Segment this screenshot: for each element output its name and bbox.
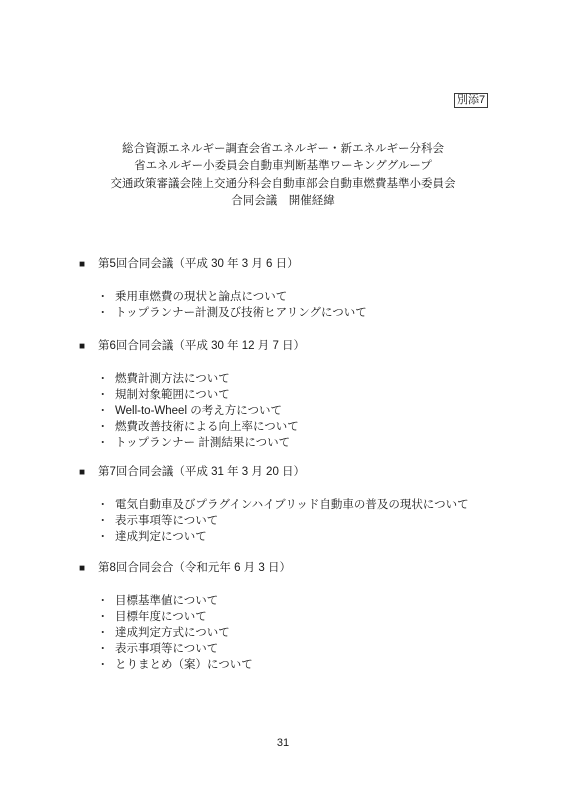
list-item: ･目標年度について <box>79 609 566 625</box>
document-title: 総合資源エネルギー調査会省エネルギー・新エネルギー分科会 省エネルギー小委員会自… <box>0 141 566 210</box>
attachment-label: 別添7 <box>457 94 485 106</box>
square-bullet-icon: ■ <box>79 257 91 273</box>
list-item-text: とりまとめ（案）について <box>115 659 253 671</box>
square-bullet-icon: ■ <box>79 561 91 577</box>
square-bullet-icon: ■ <box>79 465 91 481</box>
page-number: 31 <box>0 736 566 750</box>
list-item-text: 表示事項等について <box>115 515 218 527</box>
list-item: ･とりまとめ（案）について <box>79 657 566 673</box>
list-item: ･目標基準値について <box>79 593 566 609</box>
list-item-text: 規制対象範囲について <box>115 389 230 401</box>
list-item-text: 燃費改善技術による向上率について <box>115 421 299 433</box>
section-meeting-5: ■第5回合同会議（平成 30 年 3 月 6 日） ･乗用車燃費の現状と論点につ… <box>79 256 566 321</box>
document-page: 別添7 総合資源エネルギー調査会省エネルギー・新エネルギー分科会 省エネルギー小… <box>0 0 566 800</box>
list-item: ･達成判定について <box>79 529 566 545</box>
dot-bullet-icon: ･ <box>100 371 115 387</box>
list-item-text: 燃費計測方法について <box>115 373 230 385</box>
title-line-3: 交通政策審議会陸上交通分科会自動車部会自動車燃費基準小委員会 <box>0 176 566 193</box>
section-meeting-8: ■第8回合同会合（令和元年 6 月 3 日） ･目標基準値について ･目標年度に… <box>79 560 566 673</box>
title-line-2: 省エネルギー小委員会自動車判断基準ワーキンググループ <box>0 158 566 175</box>
list-item-text: トップランナー 計測結果について <box>115 437 290 449</box>
section-heading-text: 第7回合同会議（平成 31 年 3 月 20 日） <box>98 466 305 478</box>
dot-bullet-icon: ･ <box>100 609 115 625</box>
list-item: ･表示事項等について <box>79 641 566 657</box>
attachment-label-box: 別添7 <box>454 93 488 108</box>
section-heading: ■第6回合同会議（平成 30 年 12 月 7 日） <box>79 338 566 355</box>
list-item: ･達成判定方式について <box>79 625 566 641</box>
list-item: ･燃費改善技術による向上率について <box>79 419 566 435</box>
dot-bullet-icon: ･ <box>100 289 115 305</box>
list-item: ･トップランナー計測及び技術ヒアリングについて <box>79 305 566 321</box>
list-item-text: 電気自動車及びプラグインハイブリッド自動車の普及の現状について <box>115 499 469 511</box>
list-item-text: 表示事項等について <box>115 643 218 655</box>
list-item: ･乗用車燃費の現状と論点について <box>79 289 566 305</box>
list-item-text: 達成判定について <box>115 531 207 543</box>
section-heading: ■第8回合同会合（令和元年 6 月 3 日） <box>79 560 566 577</box>
title-line-4: 合同会議 開催経緯 <box>0 193 566 210</box>
list-item-text: 目標年度について <box>115 611 207 623</box>
section-heading-text: 第5回合同会議（平成 30 年 3 月 6 日） <box>98 258 299 270</box>
list-item: ･トップランナー 計測結果について <box>79 435 566 451</box>
dot-bullet-icon: ･ <box>100 529 115 545</box>
section-heading-text: 第8回合同会合（令和元年 6 月 3 日） <box>98 562 291 574</box>
section-heading-text: 第6回合同会議（平成 30 年 12 月 7 日） <box>98 340 305 352</box>
list-item: ･Well-to-Wheel の考え方について <box>79 403 566 419</box>
list-item-text: 達成判定方式について <box>115 627 230 639</box>
dot-bullet-icon: ･ <box>100 419 115 435</box>
dot-bullet-icon: ･ <box>100 657 115 673</box>
dot-bullet-icon: ･ <box>100 641 115 657</box>
dot-bullet-icon: ･ <box>100 305 115 321</box>
list-item-text: Well-to-Wheel の考え方について <box>115 405 282 417</box>
dot-bullet-icon: ･ <box>100 403 115 419</box>
dot-bullet-icon: ･ <box>100 625 115 641</box>
section-heading: ■第7回合同会議（平成 31 年 3 月 20 日） <box>79 464 566 481</box>
dot-bullet-icon: ･ <box>100 593 115 609</box>
section-meeting-6: ■第6回合同会議（平成 30 年 12 月 7 日） ･燃費計測方法について ･… <box>79 338 566 451</box>
section-meeting-7: ■第7回合同会議（平成 31 年 3 月 20 日） ･電気自動車及びプラグイン… <box>79 464 566 545</box>
list-item-text: 目標基準値について <box>115 595 218 607</box>
dot-bullet-icon: ･ <box>100 497 115 513</box>
square-bullet-icon: ■ <box>79 339 91 355</box>
dot-bullet-icon: ･ <box>100 387 115 403</box>
section-heading: ■第5回合同会議（平成 30 年 3 月 6 日） <box>79 256 566 273</box>
dot-bullet-icon: ･ <box>100 513 115 529</box>
list-item: ･電気自動車及びプラグインハイブリッド自動車の普及の現状について <box>79 497 566 513</box>
list-item: ･燃費計測方法について <box>79 371 566 387</box>
dot-bullet-icon: ･ <box>100 435 115 451</box>
list-item: ･表示事項等について <box>79 513 566 529</box>
title-line-1: 総合資源エネルギー調査会省エネルギー・新エネルギー分科会 <box>0 141 566 158</box>
list-item-text: トップランナー計測及び技術ヒアリングについて <box>115 307 367 319</box>
list-item-text: 乗用車燃費の現状と論点について <box>115 291 287 303</box>
list-item: ･規制対象範囲について <box>79 387 566 403</box>
